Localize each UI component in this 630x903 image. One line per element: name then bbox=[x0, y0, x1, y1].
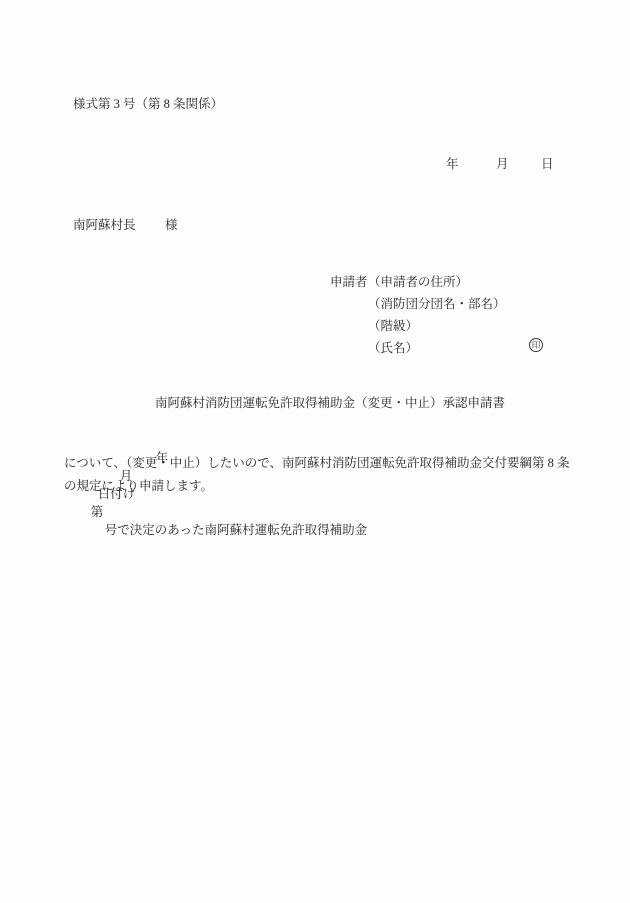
date-year-label: 年 bbox=[446, 155, 459, 173]
addressee-name: 南阿蘇村長 bbox=[73, 216, 136, 234]
document-title: 南阿蘇村消防団運転免許取得補助金（変更・中止）承認申請書 bbox=[155, 394, 505, 412]
body-number-prefix: 第 bbox=[91, 503, 104, 521]
applicant-field-name: （氏名） bbox=[368, 339, 418, 357]
body-line-1-text: 号で決定のあった南阿蘇村運転免許取得補助金 bbox=[105, 521, 367, 539]
applicant-label: 申請者 bbox=[330, 273, 368, 291]
date-month-label: 月 bbox=[496, 155, 509, 173]
addressee-honorific: 様 bbox=[165, 216, 178, 234]
body-line-3: の規定により申請します。 bbox=[64, 477, 213, 495]
applicant-field-brigade: （消防団分団名・部名） bbox=[368, 295, 506, 313]
date-day-label: 日 bbox=[541, 155, 554, 173]
applicant-field-rank: （階級） bbox=[368, 317, 418, 335]
form-number: 様式第 3 号（第 8 条関係） bbox=[73, 95, 223, 113]
applicant-field-address: （申請者の住所） bbox=[368, 273, 468, 291]
seal-mark-icon: 印 bbox=[529, 338, 543, 352]
document-page: 様式第 3 号（第 8 条関係） 年 月 日 南阿蘇村長 様 申請者 （申請者の… bbox=[0, 0, 630, 903]
body-line-2: について、（変更・中止）したいので、南阿蘇村消防団運転免許取得補助金交付要綱第 … bbox=[64, 454, 570, 472]
